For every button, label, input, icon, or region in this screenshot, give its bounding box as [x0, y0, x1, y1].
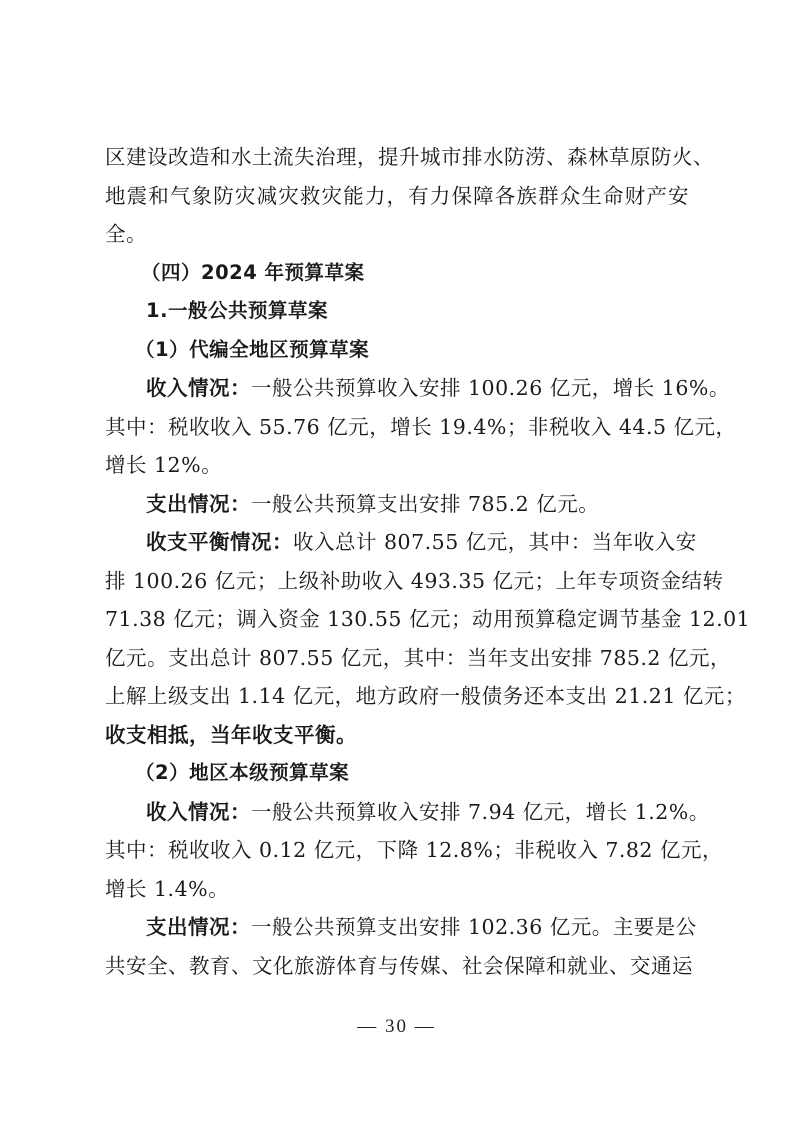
expenditure-paragraph: 支出情况：一般公共预算支出安排 102.36 亿元。主要是公	[105, 908, 689, 947]
paragraph-line: 全。	[105, 215, 689, 254]
expenditure-lead: 支出情况：	[146, 492, 251, 516]
income-text: 一般公共预算收入安排 7.94 亿元，增长 1.2%。	[251, 800, 710, 824]
paragraph-line: 地震和气象防灾减灾救灾能力，有力保障各族群众生命财产安	[105, 177, 689, 216]
paragraph-line: 增长 1.4%。	[105, 870, 689, 909]
balance-conclusion: 收支相抵，当年收支平衡。	[105, 716, 689, 755]
income-text: 一般公共预算收入安排 100.26 亿元，增长 16%。	[251, 376, 730, 400]
sub-heading-general-budget: 1.一般公共预算草案	[105, 292, 689, 331]
income-lead: 收入情况：	[146, 800, 251, 824]
expenditure-text: 一般公共预算支出安排 785.2 亿元。	[251, 492, 599, 516]
balance-text: 收入总计 807.55 亿元，其中：当年收入安	[293, 530, 697, 554]
income-lead: 收入情况：	[146, 376, 251, 400]
sub-heading-local-budget: （2）地区本级预算草案	[105, 754, 689, 793]
paragraph-line: 增长 12%。	[105, 446, 689, 485]
paragraph-line: 其中：税收收入 55.76 亿元，增长 19.4%；非税收入 44.5 亿元，	[105, 408, 689, 447]
expenditure-paragraph: 支出情况：一般公共预算支出安排 785.2 亿元。	[105, 485, 689, 524]
paragraph-line: 排 100.26 亿元；上级补助收入 493.35 亿元；上年专项资金结转	[105, 562, 689, 601]
paragraph-line: 71.38 亿元；调入资金 130.55 亿元；动用预算稳定调节基金 12.01	[105, 600, 689, 639]
page-number: — 30 —	[0, 1016, 793, 1038]
balance-paragraph: 收支平衡情况：收入总计 807.55 亿元，其中：当年收入安	[105, 523, 689, 562]
expenditure-lead: 支出情况：	[146, 915, 251, 939]
paragraph-line: 共安全、教育、文化旅游体育与传媒、社会保障和就业、交通运	[105, 947, 689, 986]
expenditure-text: 一般公共预算支出安排 102.36 亿元。主要是公	[251, 915, 697, 939]
income-paragraph: 收入情况：一般公共预算收入安排 7.94 亿元，增长 1.2%。	[105, 793, 689, 832]
body-text: 区建设改造和水土流失治理，提升城市排水防涝、森林草原防火、 地震和气象防灾减灾救…	[105, 138, 689, 985]
sub-heading-region-budget: （1）代编全地区预算草案	[105, 331, 689, 370]
paragraph-line: 其中：税收收入 0.12 亿元，下降 12.8%；非税收入 7.82 亿元，	[105, 831, 689, 870]
document-page: 区建设改造和水土流失治理，提升城市排水防涝、森林草原防火、 地震和气象防灾减灾救…	[0, 0, 793, 1122]
income-paragraph: 收入情况：一般公共预算收入安排 100.26 亿元，增长 16%。	[105, 369, 689, 408]
paragraph-line: 上解上级支出 1.14 亿元，地方政府一般债务还本支出 21.21 亿元；	[105, 677, 689, 716]
paragraph-line: 亿元。支出总计 807.55 亿元，其中：当年支出安排 785.2 亿元，	[105, 639, 689, 678]
section-heading: （四）2024 年预算草案	[105, 254, 689, 293]
paragraph-line: 区建设改造和水土流失治理，提升城市排水防涝、森林草原防火、	[105, 138, 689, 177]
balance-lead: 收支平衡情况：	[146, 530, 293, 554]
